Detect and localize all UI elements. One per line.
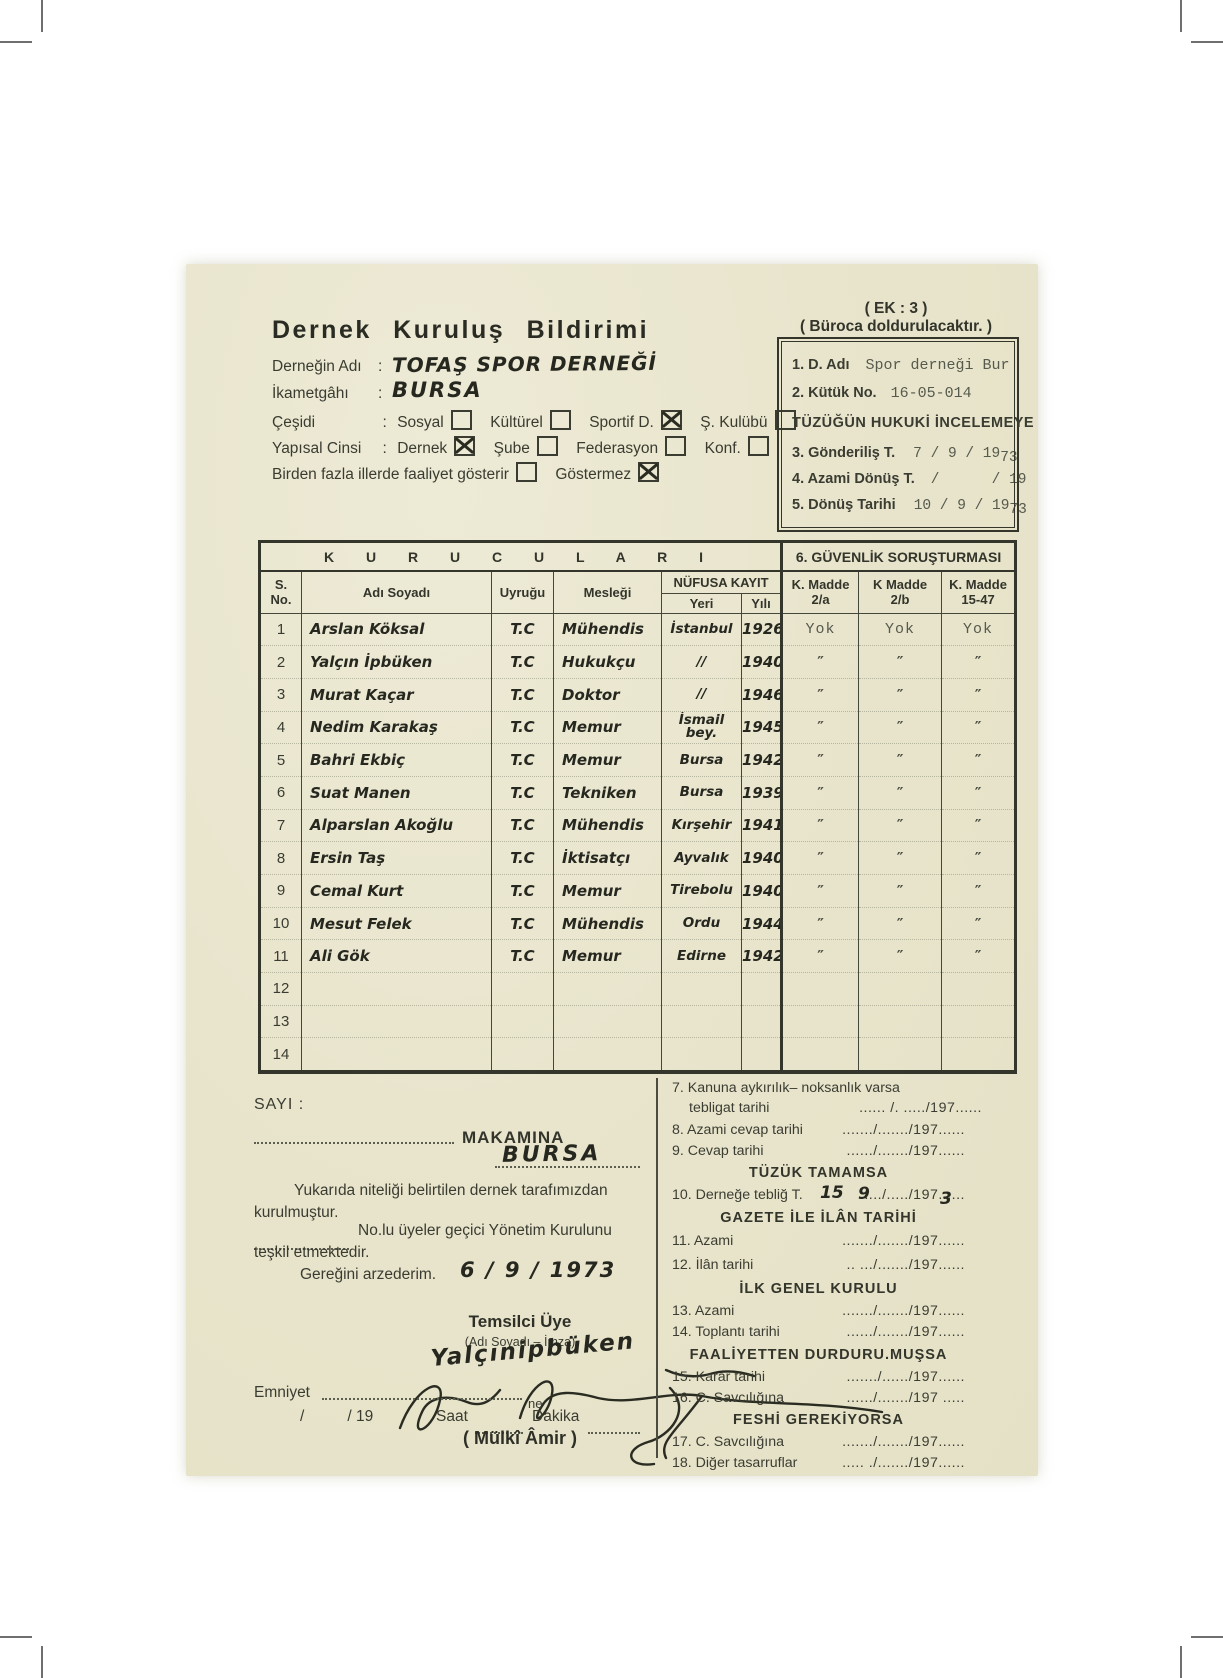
cell-madde-2a: ″ xyxy=(782,776,859,809)
table-row: 2Yalçın İpbükenT.CHukukçu//1940″″″ xyxy=(260,646,1016,679)
cell-madde-15-47 xyxy=(942,973,1016,1006)
cell-name xyxy=(302,1038,492,1072)
table-row: 7Alparslan AkoğluT.CMühendisKırşehir1941… xyxy=(260,809,1016,842)
item-14: 14. Toplantı tarihi....../......./197...… xyxy=(672,1324,965,1340)
cell-madde-2b xyxy=(859,1038,942,1072)
cell-no: 3 xyxy=(260,678,302,711)
crop-mark xyxy=(0,1636,32,1638)
item-16: 16. C. Savcılığına....../......./197 ...… xyxy=(672,1390,965,1406)
cell-name: Ali Gök xyxy=(302,940,492,973)
cell-madde-15-47: ″ xyxy=(942,842,1016,875)
ek-note: ( EK : 3 ) xyxy=(777,300,1015,318)
cell-no: 1 xyxy=(260,613,302,646)
cell-no: 8 xyxy=(260,842,302,875)
checkbox-kulturel xyxy=(550,410,571,430)
cell-name: Murat Kaçar xyxy=(302,678,492,711)
cell-meslek: Memur xyxy=(554,940,662,973)
cell-no: 7 xyxy=(260,809,302,842)
box-line-5: 5. Dönüş Tarihi 10 / 9 / 1973 xyxy=(792,497,1027,514)
birden-label: Birden fazla illerde faaliyet gösterir xyxy=(272,466,509,483)
cell-yil: 1940 xyxy=(742,875,782,908)
gonderilis-year: 73 xyxy=(1000,450,1017,466)
row-birden-fazla: Birden fazla illerde faaliyet gösterir G… xyxy=(272,462,659,484)
cell-madde-2b: ″ xyxy=(859,711,942,744)
paragraph-line-2: kurulmuştur. xyxy=(254,1204,338,1222)
item-15: 15. Karar tarihi......./....../197...... xyxy=(672,1369,965,1385)
cell-yeri: // xyxy=(662,678,742,711)
cell-uyruk: T.C xyxy=(492,744,554,777)
saat-label: Saat xyxy=(436,1408,468,1426)
colon: : xyxy=(382,440,386,457)
crop-mark xyxy=(0,41,32,43)
cell-yeri xyxy=(662,973,742,1006)
cell-madde-2b xyxy=(859,1005,942,1038)
table-row: 5Bahri EkbiçT.CMemurBursa1942″″″ xyxy=(260,744,1016,777)
cell-madde-2a xyxy=(782,973,859,1006)
tuzuk-heading: TÜZÜĞÜN HUKUKİ İNCELEMEYE xyxy=(792,415,1034,431)
cell-yeri: Edirne xyxy=(662,940,742,973)
form-title: Dernek Kuruluş Bildirimi xyxy=(272,316,649,345)
crop-mark xyxy=(41,0,43,32)
cell-madde-15-47: ″ xyxy=(942,875,1016,908)
cell-name xyxy=(302,973,492,1006)
field-label: Derneğin Adı xyxy=(272,358,362,375)
cell-name: Suat Manen xyxy=(302,776,492,809)
temsilci-uye-label: Temsilci Üye xyxy=(420,1312,620,1332)
box-line-3: 3. Gönderiliş T. 7 / 9 / 1973 xyxy=(792,445,1018,462)
item-11: 11. Azami......./......./197...... xyxy=(672,1233,965,1249)
cell-name: Yalçın İpbüken xyxy=(302,646,492,679)
cell-madde-2a: ″ xyxy=(782,907,859,940)
cell-name: Alparslan Akoğlu xyxy=(302,809,492,842)
cell-yeri: Ayvalık xyxy=(662,842,742,875)
colon: : xyxy=(378,358,382,376)
cell-no: 9 xyxy=(260,875,302,908)
donus-tarihi-year: 73 xyxy=(1009,502,1026,518)
cell-no: 14 xyxy=(260,1038,302,1072)
cell-name: Bahri Ekbiç xyxy=(302,744,492,777)
dakika-label: Dakika xyxy=(532,1408,579,1426)
cell-madde-15-47: ″ xyxy=(942,711,1016,744)
item-10-year-handwritten: 3 xyxy=(940,1189,952,1209)
col-header-nufusa-kayit: NÜFUSA KAYIT xyxy=(662,571,782,593)
geregini-date-handwritten: 6 / 9 / 1973 xyxy=(460,1258,616,1282)
cell-madde-15-47: ″ xyxy=(942,907,1016,940)
cell-madde-15-47 xyxy=(942,1005,1016,1038)
cell-name xyxy=(302,1005,492,1038)
cell-yeri: Ordu xyxy=(662,907,742,940)
col-header-meslegi: Mesleği xyxy=(554,571,662,613)
cell-meslek: Hukukçu xyxy=(554,646,662,679)
emniyet-label: Emniyet xyxy=(254,1384,310,1402)
cell-meslek: İktisatçı xyxy=(554,842,662,875)
item-7-line2: tebligat tarihi...... /. ...../197...... xyxy=(672,1100,982,1116)
cell-uyruk: T.C xyxy=(492,613,554,646)
paragraph-line-1: Yukarıda niteliği belirtilen dernek tara… xyxy=(294,1182,608,1200)
cell-yeri: İstanbul xyxy=(662,613,742,646)
cell-madde-2a: ″ xyxy=(782,711,859,744)
scanned-form-page: Dernek Kuruluş Bildirimi Derneğin Adı : … xyxy=(0,0,1223,1678)
item-9: 9. Cevap tarihi....../......./197...... xyxy=(672,1143,965,1159)
cell-uyruk: T.C xyxy=(492,809,554,842)
section-tuzuk-tamamsa: TÜZÜK TAMAMSA xyxy=(672,1165,965,1181)
checkbox-dernek xyxy=(454,436,475,456)
crop-mark xyxy=(1180,0,1182,32)
founders-table: K U R U C U L A R I 6. GÜVENLİK SORUŞTUR… xyxy=(258,540,1017,1074)
cell-yil xyxy=(742,1038,782,1072)
cell-yil: 1940 xyxy=(742,646,782,679)
cell-yeri: Bursa xyxy=(662,744,742,777)
option-federasyon: Federasyon xyxy=(576,440,658,457)
cell-madde-2a xyxy=(782,1038,859,1072)
cell-madde-2b: ″ xyxy=(859,875,942,908)
cell-madde-2b: ″ xyxy=(859,744,942,777)
item-10-day-handwritten: 15 xyxy=(820,1183,844,1203)
cell-yeri: Kırşehir xyxy=(662,809,742,842)
cell-uyruk: T.C xyxy=(492,940,554,973)
sayi-label: SAYI : xyxy=(254,1096,304,1114)
item-12: 12. İlân tarihi.. .../......./197...... xyxy=(672,1257,965,1273)
cell-no: 13 xyxy=(260,1005,302,1038)
option-s-kulubu: Ş. Kulübü xyxy=(700,414,767,431)
makamina-city-line xyxy=(495,1152,640,1168)
cell-madde-2a: ″ xyxy=(782,646,859,679)
cell-no: 2 xyxy=(260,646,302,679)
geregini-label: Gereğini arzederim. xyxy=(300,1266,436,1284)
mulki-amir-label: ( Mülkî Âmir ) xyxy=(400,1428,640,1449)
cell-uyruk: T.C xyxy=(492,875,554,908)
cell-madde-2a xyxy=(782,1005,859,1038)
cesidi-label: Çeşidi xyxy=(272,414,378,432)
table-row: 12 xyxy=(260,973,1016,1006)
table-row: 8Ersin TaşT.CİktisatçıAyvalık1940″″″ xyxy=(260,842,1016,875)
cell-yil: 1942 xyxy=(742,940,782,973)
gostermez-label: Göstermez xyxy=(555,466,631,483)
paragraph-line-4: teşkil etmektedir. xyxy=(254,1244,369,1262)
col-header-adi-soyadi: Adı Soyadı xyxy=(302,571,492,613)
col-header-madde-2b: K Madde2/b xyxy=(859,571,942,613)
cell-yil: 1942 xyxy=(742,744,782,777)
cell-meslek: Memur xyxy=(554,875,662,908)
cell-meslek xyxy=(554,1005,662,1038)
cell-meslek: Memur xyxy=(554,711,662,744)
cell-uyruk xyxy=(492,973,554,1006)
checkbox-federasyon xyxy=(665,436,686,456)
checkbox-gosterir xyxy=(516,462,537,482)
makamina-blank-line xyxy=(254,1128,454,1144)
cell-yeri: İsmail bey. xyxy=(662,711,742,744)
cell-yil: 1926 xyxy=(742,613,782,646)
cell-yil xyxy=(742,973,782,1006)
cell-meslek: Memur xyxy=(554,744,662,777)
cell-meslek: Doktor xyxy=(554,678,662,711)
emniyet-date-blank: / / 19 xyxy=(300,1408,373,1426)
cell-madde-2b: ″ xyxy=(859,940,942,973)
cell-no: 12 xyxy=(260,973,302,1006)
cell-madde-2b: ″ xyxy=(859,809,942,842)
d-adi-value: Spor derneği Bur xyxy=(866,357,1010,374)
cell-name: Arslan Köksal xyxy=(302,613,492,646)
checkbox-sube xyxy=(537,436,558,456)
cell-madde-15-47 xyxy=(942,1038,1016,1072)
cell-uyruk: T.C xyxy=(492,842,554,875)
option-konf: Konf. xyxy=(705,440,741,457)
cell-no: 6 xyxy=(260,776,302,809)
cell-madde-2a: Yok xyxy=(782,613,859,646)
table-row: 3Murat KaçarT.CDoktor//1946″″″ xyxy=(260,678,1016,711)
donus-tarihi-value: 10 / 9 / 19 xyxy=(914,498,1010,514)
col-header-madde-15-47: K. Madde15-47 xyxy=(942,571,1016,613)
item-13: 13. Azami......./......./197...... xyxy=(672,1303,965,1319)
item-18: 18. Diğer tasarruflar..... ./......./197… xyxy=(672,1455,965,1471)
col-header-madde-2a: K. Madde2/a xyxy=(782,571,859,613)
checkbox-konf xyxy=(748,436,769,456)
cell-madde-2a: ″ xyxy=(782,678,859,711)
cell-madde-2b: ″ xyxy=(859,678,942,711)
cell-madde-15-47: Yok xyxy=(942,613,1016,646)
item-10-month-handwritten: 9 xyxy=(858,1184,870,1204)
cell-yil xyxy=(742,1005,782,1038)
box-line-2: 2. Kütük No. 16-05-014 xyxy=(792,385,972,402)
cell-yil: 1945 xyxy=(742,711,782,744)
option-sube: Şube xyxy=(494,440,530,457)
cell-yeri: Bursa xyxy=(662,776,742,809)
cell-yil: 1940 xyxy=(742,842,782,875)
cell-madde-15-47: ″ xyxy=(942,646,1016,679)
option-kulturel: Kültürel xyxy=(490,414,543,431)
col-header-sno: S.No. xyxy=(260,571,302,613)
cell-madde-15-47: ″ xyxy=(942,940,1016,973)
cell-yil: 1939 xyxy=(742,776,782,809)
kutuk-no-value: 16-05-014 xyxy=(891,385,972,402)
cell-uyruk: T.C xyxy=(492,711,554,744)
cell-no: 10 xyxy=(260,907,302,940)
cell-madde-2a: ″ xyxy=(782,744,859,777)
cell-yeri: // xyxy=(662,646,742,679)
cell-madde-2b xyxy=(859,973,942,1006)
cell-madde-15-47: ″ xyxy=(942,744,1016,777)
cell-uyruk: T.C xyxy=(492,646,554,679)
cell-uyruk xyxy=(492,1038,554,1072)
gonderilis-value: 7 / 9 / 19 xyxy=(913,446,1000,462)
cell-name: Nedim Karakaş xyxy=(302,711,492,744)
cell-name: Cemal Kurt xyxy=(302,875,492,908)
emniyet-blank xyxy=(322,1384,522,1400)
crop-mark xyxy=(1180,1646,1182,1678)
section-feshi-gerekiyorsa: FESHİ GEREKİYORSA xyxy=(672,1412,965,1428)
d-adi-label: 1. D. Adı xyxy=(792,357,849,373)
table-row: 4Nedim KarakaşT.CMemurİsmail bey.1945″″″ xyxy=(260,711,1016,744)
col-header-uyrugu: Uyruğu xyxy=(492,571,554,613)
field-value-dernek-adi: TOFAŞ SPOR DERNEĞİ xyxy=(392,351,657,377)
option-sosyal: Sosyal xyxy=(397,414,444,431)
cell-uyruk: T.C xyxy=(492,907,554,940)
table-row: 1Arslan KöksalT.CMühendisİstanbul1926Yok… xyxy=(260,613,1016,646)
table-row: 14 xyxy=(260,1038,1016,1072)
azami-donus-value: / / 19 xyxy=(931,472,1027,488)
cell-yil: 1944 xyxy=(742,907,782,940)
cell-uyruk: T.C xyxy=(492,776,554,809)
box-line-1: 1. D. Adı Spor derneği Bur xyxy=(792,357,1010,374)
cell-uyruk xyxy=(492,1005,554,1038)
kurucular-title: K U R U C U L A R I xyxy=(260,542,782,572)
row-cesidi: Çeşidi : Sosyal Kültürel Sportif D. Ş. K… xyxy=(272,410,796,432)
table-row: 13 xyxy=(260,1005,1016,1038)
cell-madde-15-47: ″ xyxy=(942,776,1016,809)
cell-yeri xyxy=(662,1005,742,1038)
cell-madde-2b: ″ xyxy=(859,842,942,875)
cell-madde-2a: ″ xyxy=(782,842,859,875)
field-label: İkametgâhı xyxy=(272,385,349,402)
cell-yeri xyxy=(662,1038,742,1072)
cell-madde-2b: Yok xyxy=(859,613,942,646)
cell-madde-15-47: ″ xyxy=(942,678,1016,711)
table-row: 11Ali GökT.CMemurEdirne1942″″″ xyxy=(260,940,1016,973)
checkbox-sportif xyxy=(661,410,682,430)
cell-madde-2b: ″ xyxy=(859,776,942,809)
box-line-4: 4. Azami Dönüş T. / / 19 xyxy=(792,471,1026,488)
cell-yil: 1941 xyxy=(742,809,782,842)
yapisal-label: Yapısal Cinsi xyxy=(272,440,378,458)
section-gazete-ilan: GAZETE İLE İLÂN TARİHİ xyxy=(672,1210,965,1226)
col-header-yeri: Yeri xyxy=(662,593,742,613)
item-8: 8. Azami cevap tarihi......./......./197… xyxy=(672,1122,965,1138)
table-row: 9Cemal KurtT.CMemurTirebolu1940″″″ xyxy=(260,875,1016,908)
cell-madde-2a: ″ xyxy=(782,875,859,908)
cell-no: 5 xyxy=(260,744,302,777)
cell-no: 11 xyxy=(260,940,302,973)
cell-madde-2a: ″ xyxy=(782,940,859,973)
crop-mark xyxy=(1191,41,1223,43)
item-17: 17. C. Savcılığına......./......./197...… xyxy=(672,1434,965,1450)
option-dernek: Dernek xyxy=(397,440,447,457)
cell-meslek: Mühendis xyxy=(554,613,662,646)
option-sportif: Sportif D. xyxy=(589,414,654,431)
guvenlik-title: 6. GÜVENLİK SORUŞTURMASI xyxy=(782,542,1016,572)
field-value-ikametgah: BURSA xyxy=(392,378,483,402)
cell-yeri: Tirebolu xyxy=(662,875,742,908)
cell-madde-2b: ″ xyxy=(859,646,942,679)
table-row: 10Mesut FelekT.CMühendisOrdu1944″″″ xyxy=(260,907,1016,940)
cell-uyruk: T.C xyxy=(492,678,554,711)
office-use-box: 1. D. Adı Spor derneği Bur 2. Kütük No. … xyxy=(777,337,1019,532)
cell-madde-2b: ″ xyxy=(859,907,942,940)
row-yapisal: Yapısal Cinsi : Dernek Şube Federasyon K… xyxy=(272,436,769,458)
cell-meslek: Tekniken xyxy=(554,776,662,809)
crop-mark xyxy=(41,1646,43,1678)
col-header-yili: Yılı xyxy=(742,593,782,613)
donus-tarihi-label: 5. Dönüş Tarihi xyxy=(792,497,896,513)
table-row: 6Suat ManenT.CTeknikenBursa1939″″″ xyxy=(260,776,1016,809)
kutuk-no-label: 2. Kütük No. xyxy=(792,385,877,401)
cell-meslek xyxy=(554,973,662,1006)
cell-name: Mesut Felek xyxy=(302,907,492,940)
cell-no: 4 xyxy=(260,711,302,744)
cell-meslek: Mühendis xyxy=(554,907,662,940)
section-ilk-genel-kurulu: İLK GENEL KURULU xyxy=(672,1281,965,1297)
checkbox-sosyal xyxy=(451,410,472,430)
bottom-divider xyxy=(656,1078,658,1458)
item-10: 10. Derneğe tebliğ T....../...../197....… xyxy=(672,1187,965,1203)
cell-madde-15-47: ″ xyxy=(942,809,1016,842)
colon: : xyxy=(378,385,382,403)
azami-donus-label: 4. Azami Dönüş T. xyxy=(792,471,915,487)
cell-meslek xyxy=(554,1038,662,1072)
cell-meslek: Mühendis xyxy=(554,809,662,842)
gonderilis-label: 3. Gönderiliş T. xyxy=(792,445,895,461)
crop-mark xyxy=(1191,1636,1223,1638)
checkbox-gostermez xyxy=(638,462,659,482)
paragraph-line-3: No.lu üyeler geçici Yönetim Kurulunu xyxy=(358,1222,612,1240)
colon: : xyxy=(382,414,386,431)
item-7-line1: 7. Kanuna aykırılık– noksanlık varsa xyxy=(672,1080,965,1096)
section-faaliyetten-durdurulmussa: FAALİYETTEN DURDURU.MUŞSA xyxy=(672,1347,965,1363)
cell-name: Ersin Taş xyxy=(302,842,492,875)
cell-madde-2a: ″ xyxy=(782,809,859,842)
cell-yil: 1946 xyxy=(742,678,782,711)
buro-note: ( Büroca doldurulacaktır. ) xyxy=(777,318,1015,336)
